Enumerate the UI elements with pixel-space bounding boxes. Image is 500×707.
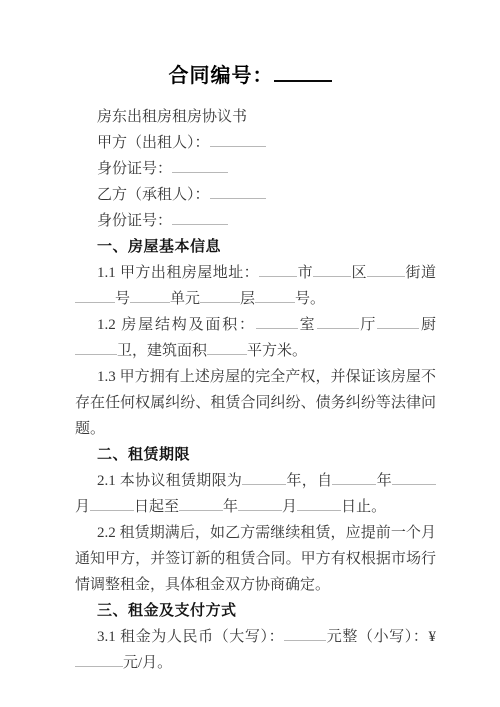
- fill-in-blank: [332, 471, 376, 485]
- section-2-heading: 二、租赁期限: [75, 442, 436, 468]
- fill-in-blank: [90, 497, 134, 511]
- fill-in-blank: [297, 497, 341, 511]
- text-segment: 日止。: [341, 499, 386, 515]
- text-segment: 甲方（出租人）：: [97, 135, 210, 151]
- document-body: 房东出租房租房协议书 甲方（出租人）： 身份证号： 乙方（承租人）： 身份证号：…: [75, 104, 436, 676]
- fill-in-blank: [207, 341, 247, 355]
- fill-in-blank: [179, 497, 223, 511]
- text-segment: 平方米。: [247, 343, 307, 359]
- contract-number-title: 合同编号：: [0, 61, 500, 91]
- text-segment: 二、租赁期限: [97, 446, 190, 463]
- contract-number-label: 合同编号：: [169, 65, 274, 87]
- text-segment: 层: [240, 291, 255, 307]
- section-1-heading: 一、房屋基本信息: [75, 234, 436, 260]
- fill-in-blank: [284, 627, 326, 641]
- fill-in-blank: [367, 263, 405, 277]
- text-segment: 日起至: [134, 499, 179, 515]
- fill-in-blank: [317, 315, 359, 329]
- text-segment: 月: [75, 499, 90, 515]
- text-segment: 1.2 房屋结构及面积：: [97, 317, 256, 333]
- text-segment: 1.1 甲方出租房屋地址：: [97, 265, 259, 281]
- clause-2-2: 2.2 租赁期满后，如乙方需继续租赁，应提前一个月通知甲方，并签订新的租赁合同。…: [75, 520, 436, 598]
- text-segment: 三、租金及支付方式: [97, 602, 237, 619]
- contract-document-page: 合同编号： 房东出租房租房协议书 甲方（出租人）： 身份证号： 乙方（承租人）：…: [0, 0, 500, 707]
- contract-number-blank: [274, 62, 332, 82]
- text-segment: 卫，建筑面积: [117, 343, 207, 359]
- text-segment: 3.1 租金为人民币（大写）：: [97, 629, 284, 645]
- text-segment: 单元: [170, 291, 200, 307]
- text-segment: 号: [115, 291, 130, 307]
- text-segment: 年，自: [286, 473, 332, 489]
- text-segment: 厅: [359, 317, 378, 333]
- text-segment: 2.2 租赁期满后，如乙方需继续租赁，应提前一个月通知甲方，并签订新的租赁合同。…: [75, 525, 436, 593]
- text-segment: 月: [282, 499, 297, 515]
- clause-1-3: 1.3 甲方拥有上述房屋的完全产权，并保证该房屋不存在任何权属纠纷、租赁合同纠纷…: [75, 364, 436, 442]
- text-segment: 号。: [295, 291, 325, 307]
- clause-1-2: 1.2 房屋结构及面积：室厅厨卫，建筑面积平方米。: [75, 312, 436, 364]
- text-segment: 厨: [419, 317, 436, 333]
- text-segment: 一、房屋基本信息: [97, 238, 221, 255]
- text-segment: 街道: [405, 265, 436, 281]
- text-segment: 身份证号：: [97, 213, 172, 229]
- fill-in-blank: [377, 315, 419, 329]
- fill-in-blank: [238, 497, 282, 511]
- fill-in-blank: [75, 289, 115, 303]
- doc-subtitle: 房东出租房租房协议书: [75, 104, 436, 130]
- fill-in-blank: [200, 289, 240, 303]
- party-a-id-line: 身份证号：: [75, 156, 436, 182]
- clause-1-1: 1.1 甲方出租房屋地址：市区街道号单元层号。: [75, 260, 436, 312]
- text-segment: 元整（小写）：¥: [326, 629, 436, 645]
- clause-3-1: 3.1 租金为人民币（大写）：元整（小写）：¥元/月。: [75, 624, 436, 676]
- fill-in-blank: [210, 133, 266, 147]
- text-segment: 房东出租房租房协议书: [97, 109, 247, 125]
- text-segment: 乙方（承租人）：: [97, 187, 210, 203]
- text-segment: 身份证号：: [97, 161, 172, 177]
- fill-in-blank: [392, 471, 436, 485]
- fill-in-blank: [75, 341, 117, 355]
- text-segment: 市: [297, 265, 313, 281]
- text-segment: 2.1 本协议租赁期限为: [97, 473, 242, 489]
- text-segment: 年: [223, 499, 238, 515]
- fill-in-blank: [242, 471, 286, 485]
- fill-in-blank: [210, 185, 266, 199]
- fill-in-blank: [313, 263, 351, 277]
- clause-2-1: 2.1 本协议租赁期限为年，自年月日起至年月日止。: [75, 468, 436, 520]
- fill-in-blank: [255, 289, 295, 303]
- text-segment: 1.3 甲方拥有上述房屋的完全产权，并保证该房屋不存在任何权属纠纷、租赁合同纠纷…: [75, 369, 436, 437]
- fill-in-blank: [256, 315, 298, 329]
- party-b-line: 乙方（承租人）：: [75, 182, 436, 208]
- text-segment: 年: [376, 473, 392, 489]
- text-segment: 元/月。: [123, 655, 172, 671]
- section-3-heading: 三、租金及支付方式: [75, 598, 436, 624]
- fill-in-blank: [75, 653, 123, 667]
- party-a-line: 甲方（出租人）：: [75, 130, 436, 156]
- fill-in-blank: [172, 211, 228, 225]
- fill-in-blank: [259, 263, 297, 277]
- text-segment: 室: [298, 317, 317, 333]
- fill-in-blank: [172, 159, 228, 173]
- party-b-id-line: 身份证号：: [75, 208, 436, 234]
- text-segment: 区: [351, 265, 367, 281]
- fill-in-blank: [130, 289, 170, 303]
